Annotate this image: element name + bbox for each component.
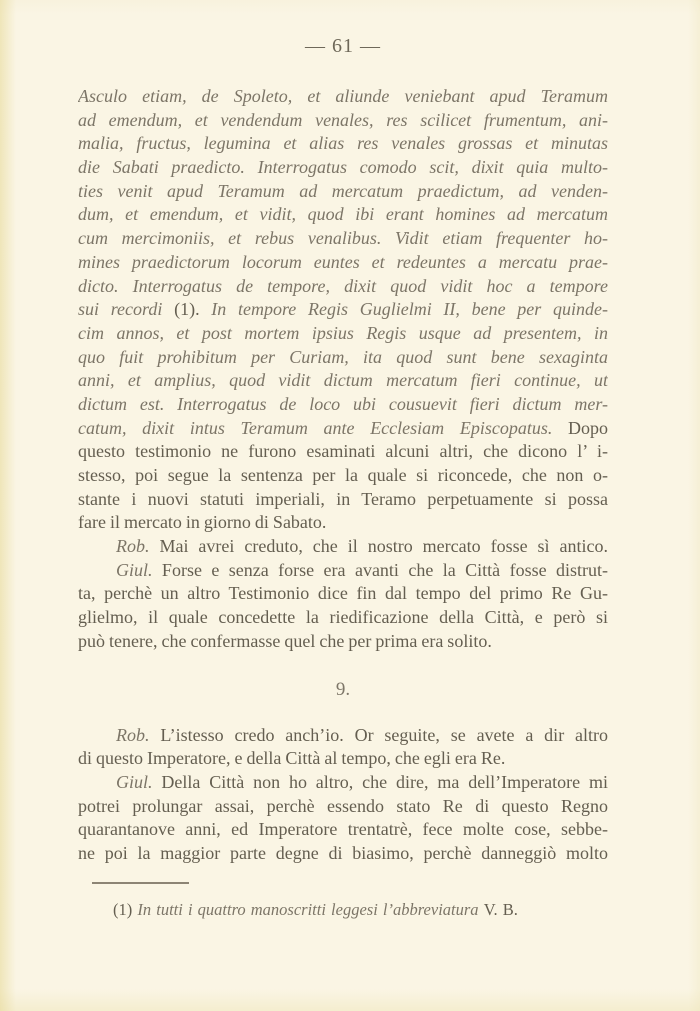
text-segment: (1).	[174, 299, 211, 319]
text-segment: Asculo etiam, de Spoleto, et aliunde ven…	[78, 86, 608, 106]
text-line: ad emendum, et vendendum venales, res sc…	[78, 109, 608, 133]
text-segment: Forse e senza forse era avanti che la Ci…	[153, 560, 608, 580]
text-segment: dum, et emendum, et vidit, quod ibi eran…	[78, 204, 608, 224]
text-segment: ad emendum, et vendendum venales, res sc…	[78, 110, 608, 130]
book-page: — 61 — Asculo etiam, de Spoleto, et aliu…	[0, 0, 700, 1011]
text-line: sui recordi (1). In tempore Regis Guglie…	[78, 298, 608, 322]
text-segment: Rob.	[116, 536, 150, 556]
text-segment: die Sabati praedicto. Interrogatus comod…	[78, 157, 608, 177]
text-segment: Giul.	[116, 560, 153, 580]
text-segment: ties venit apud Teramum ad mercatum prae…	[78, 181, 608, 201]
text-segment: Mai avrei creduto, che il nostro mercato…	[150, 536, 609, 556]
text-line: Rob. Mai avrei creduto, che il nostro me…	[78, 535, 608, 559]
text-line: dictum est. Interrogatus de loco ubi cou…	[78, 393, 608, 417]
text-segment: stante i nuovi statuti imperiali, in Ter…	[78, 489, 608, 509]
text-segment: può tenere, che confermasse quel che per…	[78, 631, 492, 651]
text-line: stante i nuovi statuti imperiali, in Ter…	[78, 488, 608, 512]
text-segment: potrei prolungar assai, perchè essendo s…	[78, 796, 608, 816]
text-segment: Rob.	[116, 725, 150, 745]
footnote-segment: (1)	[113, 900, 137, 919]
section-number: 9.	[78, 678, 608, 702]
text-segment: dictum est. Interrogatus de loco ubi cou…	[78, 394, 608, 414]
text-line: ta, perchè un altro Testimonio dice fin …	[78, 582, 608, 606]
text-segment: cum mercimoniis, et rebus venalibus. Vid…	[78, 228, 608, 248]
text-line: Asculo etiam, de Spoleto, et aliunde ven…	[78, 85, 608, 109]
text-segment: mines praedictorum locorum euntes et red…	[78, 252, 608, 272]
text-segment: ta, perchè un altro Testimonio dice fin …	[78, 583, 608, 603]
text-line: può tenere, che confermasse quel che per…	[78, 630, 608, 654]
text-line: dicto. Interrogatus de tempore, dixit qu…	[78, 275, 608, 299]
text-segment: catum, dixit intus Teramum ante Ecclesia…	[78, 418, 568, 438]
text-segment: fare il mercato in giorno di Sabato.	[78, 512, 326, 532]
footnote-segment: V. B.	[484, 900, 518, 919]
footnote-separator-rule	[92, 882, 189, 884]
text-segment: cim annos, et post mortem ipsius Regis u…	[78, 323, 608, 343]
text-line: Rob. L’istesso credo anch’io. Or seguite…	[78, 724, 608, 748]
text-line: quo fuit prohibitum per Curiam, ita quod…	[78, 346, 608, 370]
text-segment: questo testimonio ne furono esaminati al…	[78, 441, 608, 461]
text-line: ne poi la maggior parte degne di biasimo…	[78, 842, 608, 866]
text-segment: glielmo, il quale concedette la riedific…	[78, 607, 608, 627]
text-line: catum, dixit intus Teramum ante Ecclesia…	[78, 417, 608, 441]
text-segment: quo fuit prohibitum per Curiam, ita quod…	[78, 347, 608, 367]
text-line: dum, et emendum, et vidit, quod ibi eran…	[78, 203, 608, 227]
text-segment: anni, et amplius, quod vidit dictum merc…	[78, 370, 608, 390]
text-segment: Della Città non ho altro, che dire, ma d…	[153, 772, 608, 792]
text-segment: malia, fructus, legumina et alias res ve…	[78, 133, 608, 153]
text-segment: L’istesso credo anch’io. Or seguite, se …	[150, 725, 609, 745]
page-number-header: — 61 —	[78, 35, 608, 58]
text-line: malia, fructus, legumina et alias res ve…	[78, 132, 608, 156]
text-line: Giul. Della Città non ho altro, che dire…	[78, 771, 608, 795]
text-line: mines praedictorum locorum euntes et red…	[78, 251, 608, 275]
text-line: stesso, poi segue la sentenza per la qua…	[78, 464, 608, 488]
text-flow: Asculo etiam, de Spoleto, et aliunde ven…	[78, 85, 608, 866]
text-segment: Giul.	[116, 772, 153, 792]
text-line: glielmo, il quale concedette la riedific…	[78, 606, 608, 630]
text-line: quarantanove anni, ed Imperatore trentat…	[78, 818, 608, 842]
text-line: Giul. Forse e senza forse era avanti che…	[78, 559, 608, 583]
footnote-text: (1) In tutti i quattro manoscritti legge…	[78, 899, 618, 921]
text-segment: stesso, poi segue la sentenza per la qua…	[78, 465, 608, 485]
text-segment: quarantanove anni, ed Imperatore trentat…	[78, 819, 608, 839]
text-line: cum mercimoniis, et rebus venalibus. Vid…	[78, 227, 608, 251]
text-line: ties venit apud Teramum ad mercatum prae…	[78, 180, 608, 204]
text-line: di questo Imperatore, e della Città al t…	[78, 747, 608, 771]
text-line: die Sabati praedicto. Interrogatus comod…	[78, 156, 608, 180]
text-segment: sui recordi	[78, 299, 174, 319]
text-segment: In tempore Regis Guglielmi II, bene per …	[211, 299, 608, 319]
text-segment: dicto. Interrogatus de tempore, dixit qu…	[78, 276, 608, 296]
text-segment: Dopo	[568, 418, 608, 438]
footnote-segment: In tutti i quattro manoscritti leggesi l…	[137, 900, 483, 919]
text-line: anni, et amplius, quod vidit dictum merc…	[78, 369, 608, 393]
text-segment: ne poi la maggior parte degne di biasimo…	[78, 843, 608, 863]
text-line: fare il mercato in giorno di Sabato.	[78, 511, 608, 535]
text-line: questo testimonio ne furono esaminati al…	[78, 440, 608, 464]
text-segment: di questo Imperatore, e della Città al t…	[78, 748, 505, 768]
text-line: potrei prolungar assai, perchè essendo s…	[78, 795, 608, 819]
text-line: cim annos, et post mortem ipsius Regis u…	[78, 322, 608, 346]
